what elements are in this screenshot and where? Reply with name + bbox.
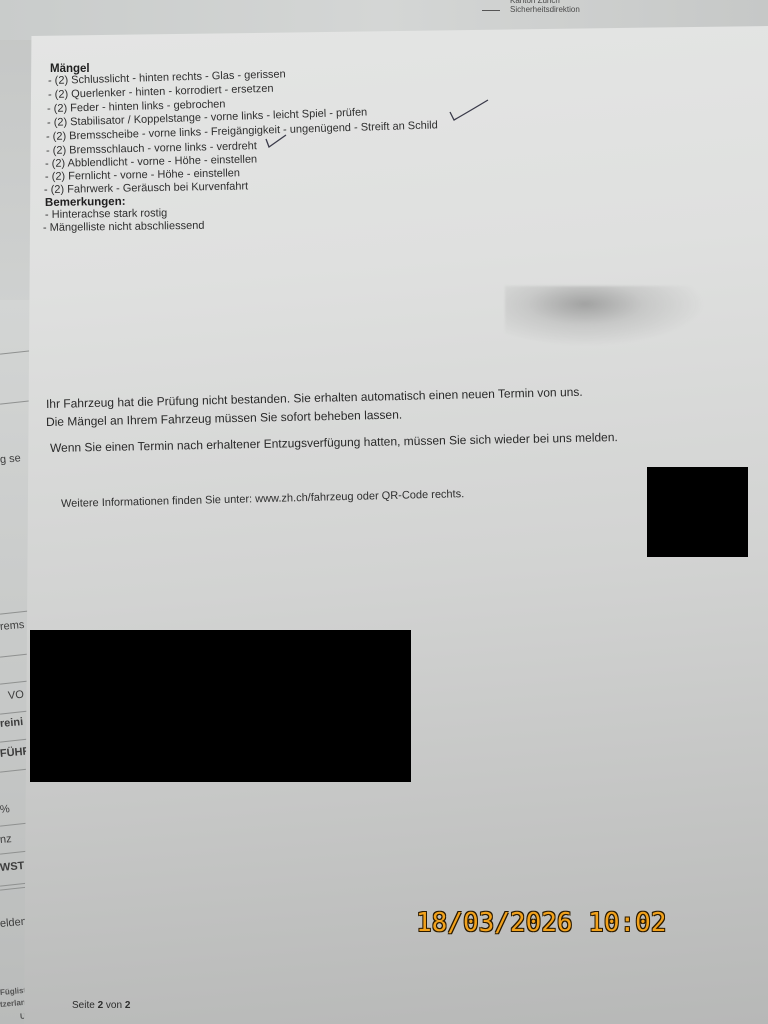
checkmark-icon [264, 133, 288, 151]
remark-item: - Mängelliste nicht abschliessend [43, 220, 205, 234]
left-fragment: rems [0, 619, 25, 633]
remarks-heading: Bemerkungen: [45, 196, 126, 209]
remark-item: - Hinterachse stark rostig [45, 207, 167, 221]
left-fragment: nz [0, 833, 12, 846]
left-fragment: WST [0, 860, 25, 874]
background-header-line2: Sicherheitsdirektion [510, 5, 580, 14]
left-fragment: g se [0, 452, 21, 466]
left-fragment: elden [0, 916, 27, 930]
address-redaction [30, 630, 411, 782]
page-number: 2 [98, 1000, 104, 1011]
arrow-left-icon [482, 10, 500, 11]
page-total: 2 [125, 1000, 131, 1011]
left-fragment: VO [7, 689, 24, 702]
print-smudge [505, 286, 705, 346]
left-fragment: reini [0, 716, 24, 730]
photo-timestamp: 18/03/2026 10:02 [416, 908, 666, 938]
left-fragment: % [0, 803, 10, 816]
qr-code-redaction [647, 467, 748, 557]
page-footer: Seite 2 von 2 [72, 1000, 130, 1011]
page-of: von [106, 1000, 122, 1011]
checkmark-icon [448, 98, 490, 126]
page-label: Seite [72, 1000, 95, 1011]
